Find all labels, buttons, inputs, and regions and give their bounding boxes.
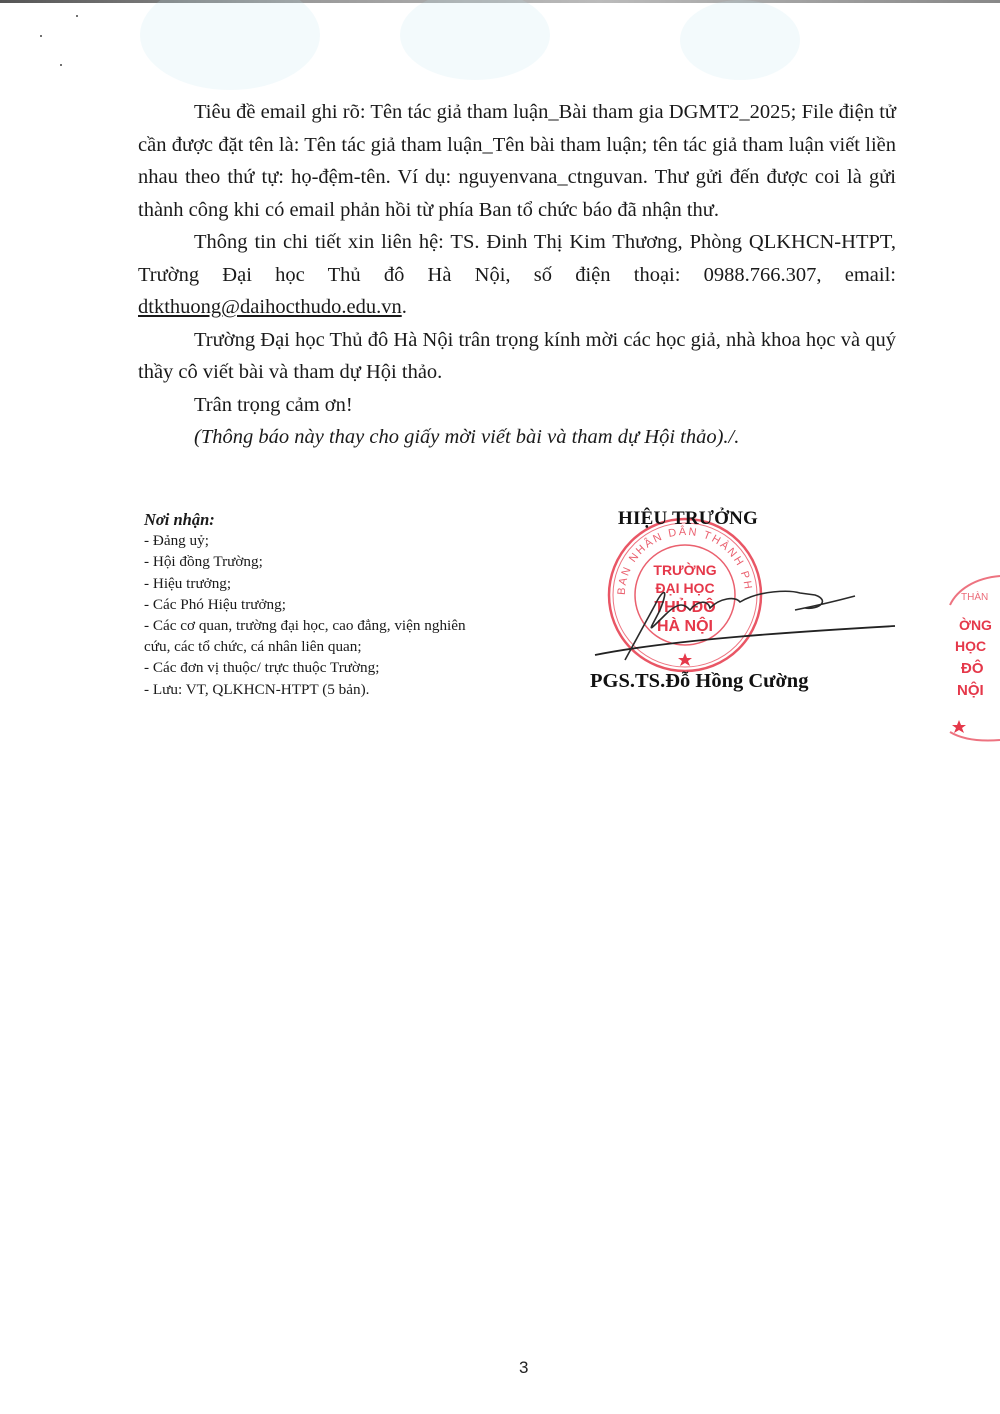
contact-text-end: . xyxy=(402,296,407,318)
recipients-heading: Nơi nhận: xyxy=(144,509,494,530)
recipient-item: - Các Phó Hiệu trưởng; xyxy=(144,594,494,615)
svg-text:NỘI: NỘI xyxy=(957,681,984,699)
svg-text:ỜNG: ỜNG xyxy=(959,616,992,633)
paragraph-invitation: Trường Đại học Thủ đô Hà Nội trân trọng … xyxy=(138,324,896,389)
svg-text:THÀN: THÀN xyxy=(961,590,988,603)
svg-text:HỌC: HỌC xyxy=(955,638,986,654)
recipient-item: - Hiệu trưởng; xyxy=(144,573,494,594)
scan-speck xyxy=(76,15,78,17)
signature-title: HIỆU TRƯỞNG xyxy=(618,508,758,530)
recipient-item: - Các cơ quan, trường đại học, cao đẳng,… xyxy=(144,615,494,657)
recipient-item: - Đảng uỷ; xyxy=(144,530,494,551)
scan-speck xyxy=(40,35,42,37)
handwritten-signature-icon xyxy=(590,560,900,670)
paragraph-note: (Thông báo này thay cho giấy mời viết bà… xyxy=(138,421,896,454)
document-body: Tiêu đề email ghi rõ: Tên tác giả tham l… xyxy=(138,96,896,454)
scan-bleed-through xyxy=(140,0,320,90)
signer-name: PGS.TS.Đỗ Hồng Cường xyxy=(590,670,850,693)
scan-speck xyxy=(60,64,62,66)
signature-block: BAN NHÂN DÂN THÀNH PHỐ HÀ NỘI TRƯỜNG ĐẠI… xyxy=(590,500,900,710)
paragraph-thanks: Trân trọng cảm ơn! xyxy=(138,389,896,422)
recipients-block: Nơi nhận: - Đảng uỷ; - Hội đồng Trường; … xyxy=(144,509,494,700)
recipient-item: - Hội đồng Trường; xyxy=(144,551,494,572)
paragraph-contact: Thông tin chi tiết xin liên hệ: TS. Đinh… xyxy=(138,226,896,324)
partial-stamp-icon: THÀN ỜNG HỌC ĐÔ NỘI xyxy=(945,570,1000,750)
recipient-item: - Lưu: VT, QLKHCN-HTPT (5 bản). xyxy=(144,679,494,700)
recipient-item: - Các đơn vị thuộc/ trực thuộc Trường; xyxy=(144,657,494,678)
scan-bleed-through xyxy=(680,0,800,80)
contact-email-link[interactable]: dtkthuong@daihocthudo.edu.vn xyxy=(138,296,402,318)
page-number: 3 xyxy=(519,1358,528,1378)
svg-text:ĐÔ: ĐÔ xyxy=(961,659,984,677)
scan-bleed-through xyxy=(400,0,550,80)
paragraph-email-subject: Tiêu đề email ghi rõ: Tên tác giả tham l… xyxy=(138,96,896,226)
contact-text: Thông tin chi tiết xin liên hệ: TS. Đinh… xyxy=(138,231,896,286)
